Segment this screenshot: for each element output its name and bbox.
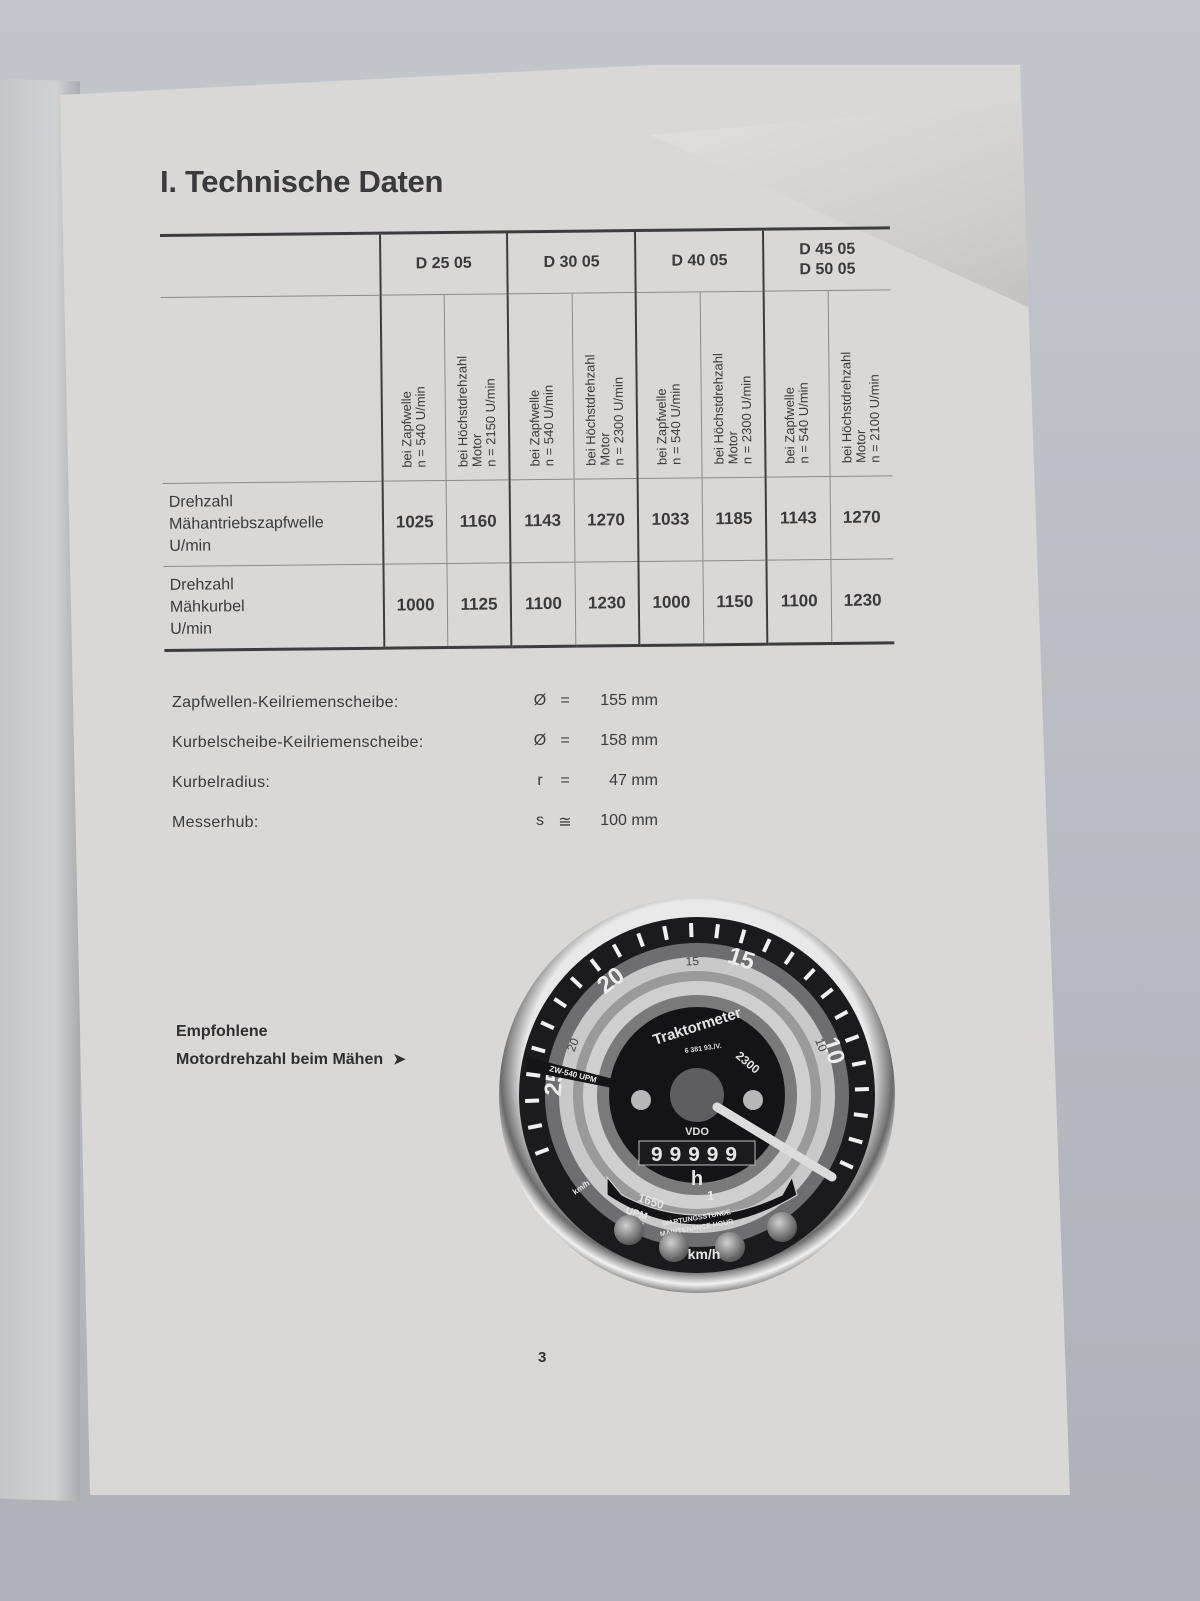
condition-header: bei Zapfwelle n = 540 U/min: [508, 293, 574, 480]
table-cell: 1230: [831, 559, 895, 644]
model-header: D 25 05: [380, 232, 509, 295]
condition-header-row: bei Zapfwelle n = 540 U/min bei Höchstdr…: [161, 290, 893, 484]
svg-text:km/h: km/h: [688, 1246, 721, 1262]
dimension-value: 155 mm: [580, 692, 658, 710]
arrow-right-icon: ➤: [393, 1051, 406, 1068]
dimension-symbol: Ø: [530, 692, 550, 710]
dimension-label: Zapfwellen-Keilriemenscheibe:: [172, 694, 399, 712]
dimension-symbol: s: [530, 812, 550, 830]
dimension-label: Kurbelradius:: [172, 774, 270, 792]
table-cell: 1000: [383, 564, 448, 649]
indicator-lamp: [659, 1232, 689, 1262]
recommendation-line-2: Motordrehzahl beim Mähen➤: [176, 1046, 406, 1074]
dimension-relation: =: [558, 732, 572, 750]
dimension-row: Kurbelscheibe-Keilriemenscheibe: Ø = 158…: [172, 728, 692, 768]
row-label: Drehzahl Mähantriebszapfwelle U/min: [163, 481, 383, 566]
tractormeter-gauge: 25201510 201510 ZW-540 UPM Traktormeter …: [497, 895, 897, 1295]
svg-text:15: 15: [685, 954, 699, 968]
dimension-relation: =: [558, 772, 572, 790]
table-cell: 1143: [510, 479, 575, 563]
page-title: I. Technische Daten: [160, 164, 443, 200]
dimension-label: Kurbelscheibe-Keilriemenscheibe:: [172, 734, 424, 752]
table-cell: 1160: [446, 480, 511, 564]
condition-header: bei Zapfwelle n = 540 U/min: [764, 291, 830, 478]
condition-header: bei Zapfwelle n = 540 U/min: [636, 292, 702, 479]
page-number: 3: [538, 1349, 546, 1366]
table-cell: 1000: [639, 561, 704, 646]
model-header: D 45 05 D 50 05: [763, 228, 891, 291]
svg-text:99999: 99999: [650, 1145, 743, 1168]
table-cell: 1270: [574, 479, 639, 563]
dimension-symbol: Ø: [530, 732, 550, 750]
svg-text:VDO: VDO: [685, 1126, 709, 1138]
table-cell: 1100: [767, 559, 832, 644]
model-header: D 40 05: [635, 229, 764, 292]
dimension-symbol: r: [530, 772, 550, 790]
recommendation-caption: Empfohlene Motordrehzahl beim Mähen➤: [176, 1018, 406, 1074]
dimension-value: 100 mm: [580, 812, 658, 830]
dimension-label: Messerhub:: [172, 814, 259, 832]
corner-cell: [161, 295, 382, 483]
svg-text:h: h: [691, 1168, 703, 1190]
dimension-value: 47 mm: [580, 772, 658, 790]
table-row: Drehzahl Mähkurbel U/min 1000 1125 1100 …: [163, 559, 894, 651]
corner-cell: [160, 233, 380, 297]
table-cell: 1185: [702, 477, 767, 561]
svg-text:1: 1: [707, 1188, 714, 1203]
condition-header: bei Höchstdrehzahl Motor n = 2300 U/min: [700, 291, 766, 478]
needle-hub: [670, 1068, 724, 1122]
table-row: Drehzahl Mähantriebszapfwelle U/min 1025…: [163, 476, 894, 567]
indicator-lamp: [767, 1212, 797, 1242]
table-cell: 1143: [766, 477, 831, 561]
indicator-lamp: [614, 1215, 644, 1245]
table-cell: 1100: [511, 562, 576, 647]
table-cell: 1230: [575, 562, 640, 647]
table-cell: 1025: [382, 481, 447, 565]
screw-right: [743, 1090, 763, 1110]
table-cell: 1033: [638, 478, 703, 562]
model-header-row: D 25 05 D 30 05 D 40 05 D 45 05 D 50 05: [160, 228, 891, 298]
dimension-row: Zapfwellen-Keilriemenscheibe: Ø = 155 mm: [172, 688, 692, 728]
table-cell: 1270: [830, 476, 894, 560]
table-cell: 1125: [447, 563, 512, 648]
dimension-row: Kurbelradius: r = 47 mm: [172, 768, 692, 808]
condition-header: bei Höchstdrehzahl Motor n = 2300 U/min: [572, 293, 638, 480]
condition-header: bei Zapfwelle n = 540 U/min: [380, 295, 446, 482]
technical-data-table: D 25 05 D 30 05 D 40 05 D 45 05 D 50 05 …: [160, 226, 894, 652]
screw-left: [631, 1090, 651, 1110]
table-cell: 1150: [703, 560, 768, 645]
dimension-relation: =: [558, 692, 572, 710]
dimension-row: Messerhub: s ≅ 100 mm: [172, 808, 692, 848]
condition-header: bei Höchstdrehzahl Motor n = 2150 U/min: [444, 294, 510, 481]
condition-header: bei Höchstdrehzahl Motor n = 2100 U/min: [828, 290, 893, 477]
model-header: D 30 05: [507, 231, 636, 294]
recommendation-line-1: Empfohlene: [176, 1018, 406, 1046]
row-label: Drehzahl Mähkurbel U/min: [163, 564, 383, 650]
dimension-relation: ≅: [558, 812, 572, 832]
dimension-list: Zapfwellen-Keilriemenscheibe: Ø = 155 mm…: [172, 688, 692, 848]
dimension-value: 158 mm: [580, 732, 658, 750]
